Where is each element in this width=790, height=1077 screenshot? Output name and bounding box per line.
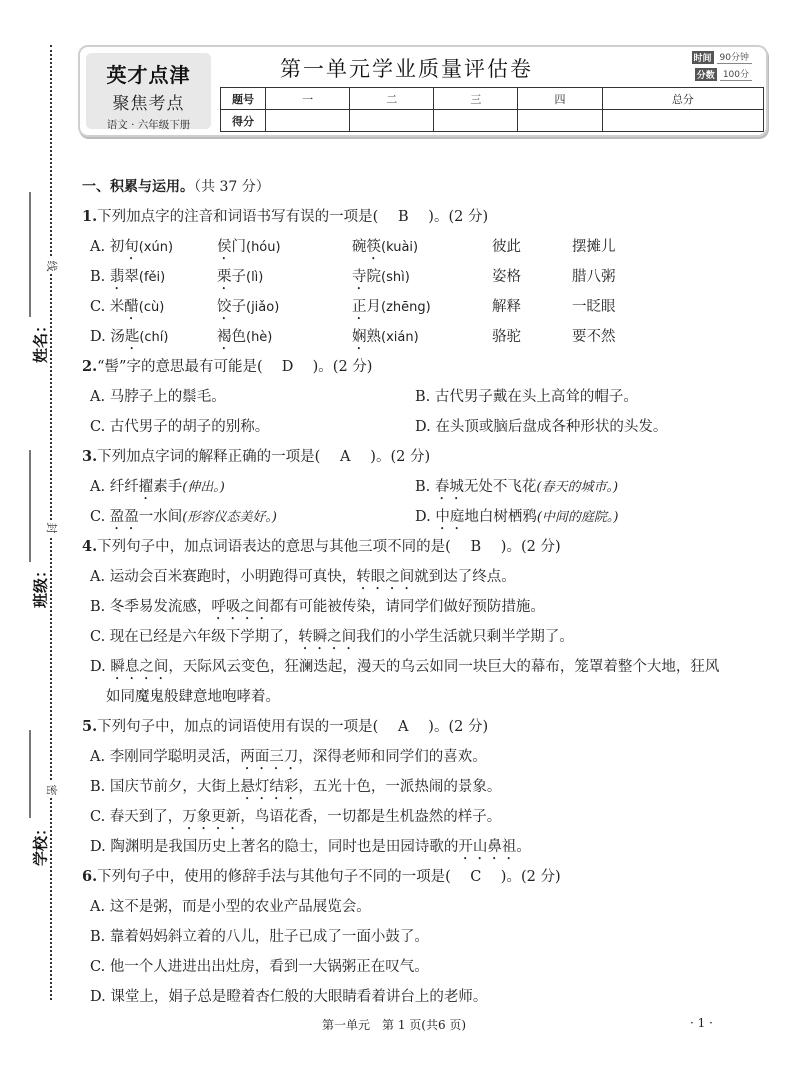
option-label: B.	[90, 269, 105, 285]
q3-options-row-2: C. 盈盈一水间(形容仪态美好。) D. 中庭地白树栖鸦(中间的庭院。)	[82, 506, 762, 536]
explanation: (春天的城市。)	[536, 480, 618, 495]
explanation: (伸出。)	[182, 480, 225, 495]
time-label: 时间	[692, 51, 714, 64]
question-stem: 下列句子中，加点的词语使用有误的一项是(	[97, 719, 378, 735]
score-cell-2[interactable]	[350, 110, 434, 132]
dotted-char: 翡	[110, 269, 125, 285]
q2-option-d: D. 在头顶或脑后盘成各种形状的头发。	[415, 416, 740, 446]
dotted-text: 开山鼻祖	[458, 839, 516, 855]
word-char: 汤	[110, 329, 125, 345]
question-stem: 下列句子中，使用的修辞手法与其他句子不同的一项是(	[97, 869, 451, 885]
exam-content: 一、积累与运用。（共 37 分） 1.下列加点字的注音和词语书写有误的一项是(B…	[82, 176, 762, 1016]
option-cell: 栗子(lì)	[217, 266, 352, 296]
q6-option-d: D. 课堂上，娟子总是瞪着杏仁般的大眼睛看着讲台上的老师。	[82, 986, 762, 1016]
dotted-text: 春城	[435, 479, 464, 495]
score-label: 分数	[695, 68, 717, 81]
name-input-line[interactable]	[29, 192, 31, 317]
option-cell: 侯门(hóu)	[217, 236, 352, 266]
answer-blank[interactable]: B	[378, 206, 428, 228]
question-stem: 下列句子中，加点词语表达的意思与其他三项不同的是(	[97, 539, 451, 555]
question-6: 6.下列句子中，使用的修辞手法与其他句子不同的一项是(C)。(2 分)	[82, 866, 762, 896]
seal-char-line: 线	[43, 258, 59, 274]
score-value: 100分	[720, 67, 752, 81]
q5-option-b: B. 国庆节前夕，大街上悬灯结彩，五光十色，一派热闹的景象。	[82, 776, 762, 806]
school-label: 学校：	[30, 814, 51, 874]
q2-option-c: C. 古代男子的胡子的别称。	[90, 416, 415, 446]
footer-unit-page: 第一单元 第 1 页(共6 页)	[322, 1016, 466, 1033]
word-char: 子	[232, 269, 247, 285]
text: C.	[90, 509, 110, 525]
q5-option-c: C. 春天到了，万象更新，鸟语花香，一切都是生机盎然的样子。	[82, 806, 762, 836]
explanation: (中间的庭院。)	[537, 510, 619, 525]
q1-option-b: B. 翡翠(fěi) 栗子(lì) 寺院(shì) 姿格 腊八粥	[82, 266, 762, 296]
dotted-text: 擢	[139, 479, 154, 495]
question-number: 4.	[82, 538, 97, 555]
row-score-label: 得分	[221, 110, 266, 132]
q1-option-a: A. 初旬(xún) 侯门(hóu) 碗筷(kuài) 彼此 摆摊儿	[82, 236, 762, 266]
q3-option-b: B. 春城无处不飞花(春天的城市。)	[415, 476, 740, 506]
section-title-text: 一、积累与运用。	[82, 179, 194, 195]
col-part-1: 一	[266, 88, 350, 110]
word-char: 翠	[124, 269, 139, 285]
dotted-char: 醋	[124, 299, 139, 315]
answer-blank[interactable]: A	[320, 446, 370, 468]
option-label: D.	[90, 329, 106, 345]
pinyin: (fěi)	[139, 270, 165, 285]
q2-option-b: B. 古代男子戴在头上高耸的帽子。	[415, 386, 740, 416]
question-2: 2.“髻”字的意思最有可能是(D)。(2 分)	[82, 356, 762, 386]
brand-box: 英才点津 聚焦考点 语文 · 六年级下册	[86, 53, 211, 129]
score-cell-total[interactable]	[602, 110, 763, 132]
word: 一眨眼	[572, 296, 616, 326]
dotted-text: 悬灯结彩	[240, 779, 298, 795]
q6-option-b: B. 靠着妈妈斜立着的八儿，肚子已成了一面小鼓了。	[82, 926, 762, 956]
section-points: （共 37 分）	[194, 179, 270, 195]
brand-title: 英才点津	[86, 59, 211, 88]
pinyin: (lì)	[246, 270, 263, 285]
dotted-char: 旬	[124, 239, 139, 255]
score-cell-1[interactable]	[266, 110, 350, 132]
dotted-text: 转瞬之间	[298, 629, 356, 645]
q1-option-c: C. 米醋(cù) 饺子(jiǎo) 正月(zhēng) 解释 一眨眼	[82, 296, 762, 326]
seal-char-seal: 封	[43, 520, 59, 536]
pinyin: (jiǎo)	[246, 300, 279, 315]
option-cell: D. 汤匙(chí)	[90, 326, 217, 356]
question-points: )。(2 分)	[370, 449, 430, 465]
q6-option-c: C. 他一个人进进出出灶房，看到一大锅粥正在叹气。	[82, 956, 762, 986]
class-label: 班级：	[30, 556, 51, 616]
pinyin: (cù)	[139, 300, 165, 315]
text: A. 运动会百米赛跑时，小明跑得可真快，	[90, 569, 356, 585]
dotted-text: 万象更新	[182, 809, 240, 825]
q2-options-row-2: C. 古代男子的胡子的别称。 D. 在头顶或脑后盘成各种形状的头发。	[82, 416, 762, 446]
q4-option-b: B. 冬季易发流感，呼吸之间都有可能被传染，请同学们做好预防措施。	[82, 596, 762, 626]
text: 一水间	[139, 509, 183, 525]
question-points: )。(2 分)	[428, 209, 488, 225]
score-table-header-row: 题号 一 二 三 四 总分	[221, 88, 764, 110]
q3-option-a: A. 纤纤擢素手(伸出。)	[90, 476, 415, 506]
dotted-text: 中庭	[435, 509, 464, 525]
text: 我们的小学生活就只剩半学期了。	[356, 629, 574, 645]
word-char: 初	[110, 239, 125, 255]
q2-options-row-1: A. 马脖子上的鬃毛。 B. 古代男子戴在头上高耸的帽子。	[82, 386, 762, 416]
text: ，深得老师和同学们的喜欢。	[298, 749, 487, 765]
col-part-4: 四	[518, 88, 602, 110]
text: D.	[90, 659, 110, 675]
q3-option-c: C. 盈盈一水间(形容仪态美好。)	[90, 506, 415, 536]
word-char: 门	[232, 239, 247, 255]
score-cell-4[interactable]	[518, 110, 602, 132]
pinyin: (xián)	[381, 330, 419, 345]
question-stem: 下列加点字词的解释正确的一项是(	[97, 449, 320, 465]
word: 骆驼	[492, 326, 572, 356]
text: 就到达了终点。	[414, 569, 516, 585]
score-cell-3[interactable]	[434, 110, 518, 132]
dotted-text: 呼吸之间	[211, 599, 269, 615]
question-stem: “髻”字的意思最有可能是(	[97, 359, 262, 375]
pinyin: (xún)	[139, 240, 173, 255]
exam-header: 英才点津 聚焦考点 语文 · 六年级下册 第一单元学业质量评估卷 时间 90分钟…	[78, 45, 768, 137]
explanation: (形容仪态美好。)	[182, 510, 277, 525]
q6-option-a: A. 这不是粥，而是小型的农业产品展览会。	[82, 896, 762, 926]
footer-page-number: · 1 ·	[690, 1016, 713, 1030]
text: 无处不飞花	[464, 479, 537, 495]
q3-option-d: D. 中庭地白树栖鸦(中间的庭院。)	[415, 506, 740, 536]
col-part-3: 三	[434, 88, 518, 110]
q4-option-a: A. 运动会百米赛跑时，小明跑得可真快，转眼之间就到达了终点。	[82, 566, 762, 596]
pinyin: (hè)	[246, 330, 272, 345]
dotted-text: 盈盈	[110, 509, 139, 525]
brand-subtitle: 聚焦考点	[86, 89, 211, 114]
score-table: 题号 一 二 三 四 总分 得分	[220, 87, 764, 132]
col-total: 总分	[602, 88, 763, 110]
question-number: 2.	[82, 358, 97, 375]
text: B. 冬季易发流感，	[90, 599, 211, 615]
dotted-char: 侯	[217, 239, 232, 255]
option-cell: 正月(zhēng)	[352, 296, 492, 326]
score-info: 分数 100分	[695, 67, 752, 81]
option-cell: C. 米醋(cù)	[90, 296, 217, 326]
word-char: 碗	[352, 239, 367, 255]
word: 要不然	[572, 326, 616, 356]
answer-blank[interactable]: B	[451, 536, 501, 558]
dotted-text: 瞬息之间	[110, 659, 168, 675]
pinyin: (hóu)	[246, 240, 281, 255]
dotted-char: 栗	[217, 269, 232, 285]
dotted-text: 转眼之间	[356, 569, 414, 585]
q4-option-c: C. 现在已经是六年级下学期了，转瞬之间我们的小学生活就只剩半学期了。	[82, 626, 762, 656]
option-cell: 饺子(jiǎo)	[217, 296, 352, 326]
option-cell: 褐色(hè)	[217, 326, 352, 356]
pinyin: (zhēng)	[381, 300, 431, 315]
word-char: 子	[232, 299, 247, 315]
question-points: )。(2 分)	[501, 869, 561, 885]
dotted-char: 匙	[125, 329, 140, 345]
text: C. 春天到了，	[90, 809, 182, 825]
option-cell: 娴熟(xián)	[352, 326, 492, 356]
q3-options-row-1: A. 纤纤擢素手(伸出。) B. 春城无处不飞花(春天的城市。)	[82, 476, 762, 506]
text: ，天际风云变色，狂澜迭起，漫天的乌云如同一块巨大的幕布，笼罩着整个大地，狂风	[168, 659, 719, 675]
question-5: 5.下列句子中，加点的词语使用有误的一项是(A)。(2 分)	[82, 716, 762, 746]
text: 素手	[153, 479, 182, 495]
word: 腊八粥	[572, 266, 616, 296]
q5-option-a: A. 李刚同学聪明灵活，两面三刀，深得老师和同学们的喜欢。	[82, 746, 762, 776]
q4-option-d: D. 瞬息之间，天际风云变色，狂澜迭起，漫天的乌云如同一块巨大的幕布，笼罩着整个…	[82, 656, 762, 686]
score-table-score-row: 得分	[221, 110, 764, 132]
pinyin: (shì)	[381, 270, 410, 285]
text: A. 李刚同学聪明灵活，	[90, 749, 240, 765]
time-value: 90分钟	[717, 50, 752, 64]
text: 地白树栖鸦	[464, 509, 537, 525]
exam-title: 第一单元学业质量评估卷	[280, 53, 533, 83]
text: ，鸟语花香，一切都是生机盎然的样子。	[240, 809, 501, 825]
col-part-2: 二	[350, 88, 434, 110]
option-cell: 碗筷(kuài)	[352, 236, 492, 266]
word: 摆摊儿	[572, 236, 616, 266]
q4-option-d-continuation: 如同魔鬼般肆意地咆哮着。	[82, 686, 762, 716]
dotted-char: 娴	[352, 329, 367, 345]
pinyin: (chí)	[139, 330, 168, 345]
word-char: 熟	[367, 329, 382, 345]
text: 。	[516, 839, 531, 855]
question-number: 1.	[82, 208, 97, 225]
question-number: 5.	[82, 718, 97, 735]
dotted-text: 两面三刀	[240, 749, 298, 765]
q5-option-d: D. 陶渊明是我国历史上著名的隐士，同时也是田园诗歌的开山鼻祖。	[82, 836, 762, 866]
brand-grade: 语文 · 六年级下册	[86, 117, 211, 132]
word: 姿格	[492, 266, 572, 296]
question-points: )。(2 分)	[501, 539, 561, 555]
school-input-line[interactable]	[29, 730, 31, 818]
dotted-char: 饺	[217, 299, 232, 315]
dotted-char: 寺	[352, 269, 367, 285]
text: B.	[415, 479, 435, 495]
answer-blank[interactable]: C	[451, 866, 501, 888]
word: 彼此	[492, 236, 572, 266]
dotted-char: 褐	[217, 329, 232, 345]
word-char: 院	[367, 269, 382, 285]
question-points: )。(2 分)	[313, 359, 373, 375]
pinyin: (kuài)	[381, 240, 418, 255]
question-1: 1.下列加点字的注音和词语书写有误的一项是(B)。(2 分)	[82, 206, 762, 236]
option-label: A.	[90, 239, 105, 255]
text: B. 国庆节前夕，大街上	[90, 779, 240, 795]
question-number: 3.	[82, 448, 97, 465]
q2-option-a: A. 马脖子上的鬃毛。	[90, 386, 415, 416]
text: 都有可能被传染，请同学们做好预防措施。	[269, 599, 545, 615]
text: D. 陶渊明是我国历史上著名的隐士，同时也是田园诗歌的	[90, 839, 458, 855]
question-4: 4.下列句子中，加点词语表达的意思与其他三项不同的是(B)。(2 分)	[82, 536, 762, 566]
answer-blank[interactable]: D	[263, 356, 313, 378]
text: ，五光十色，一派热闹的景象。	[298, 779, 501, 795]
answer-blank[interactable]: A	[378, 716, 428, 738]
dotted-char: 筷	[367, 239, 382, 255]
class-input-line[interactable]	[29, 450, 31, 562]
option-cell: 寺院(shì)	[352, 266, 492, 296]
col-question-no: 题号	[221, 88, 266, 110]
word-char: 米	[110, 299, 125, 315]
question-points: )。(2 分)	[428, 719, 488, 735]
question-stem: 下列加点字的注音和词语书写有误的一项是(	[97, 209, 378, 225]
seal-char-secret: 密	[43, 782, 59, 798]
text: D.	[415, 509, 435, 525]
text: A. 纤纤	[90, 479, 139, 495]
name-label: 姓名：	[30, 311, 51, 371]
option-label: C.	[90, 299, 105, 315]
q1-option-d: D. 汤匙(chí) 褐色(hè) 娴熟(xián) 骆驼 要不然	[82, 326, 762, 356]
word-char: 色	[232, 329, 247, 345]
text: C. 现在已经是六年级下学期了，	[90, 629, 298, 645]
word: 解释	[492, 296, 572, 326]
time-info: 时间 90分钟	[692, 50, 752, 64]
section-title: 一、积累与运用。（共 37 分）	[82, 176, 762, 206]
question-3: 3.下列加点字词的解释正确的一项是(A)。(2 分)	[82, 446, 762, 476]
option-cell: A. 初旬(xún)	[90, 236, 217, 266]
option-cell: B. 翡翠(fěi)	[90, 266, 217, 296]
word-char: 月	[367, 299, 382, 315]
dotted-char: 正	[352, 299, 367, 315]
question-number: 6.	[82, 868, 97, 885]
